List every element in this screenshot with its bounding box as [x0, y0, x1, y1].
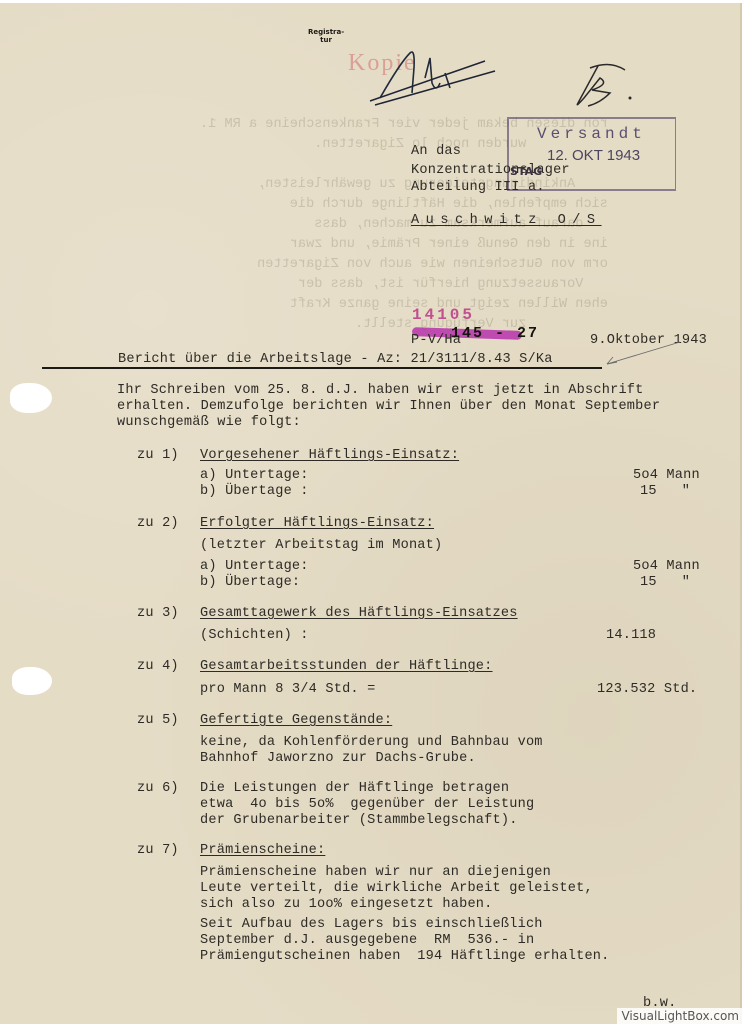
punch-hole	[10, 383, 52, 413]
section-7-body2-3: Prämiengutscheinen haben 194 Häftlinge e…	[200, 949, 610, 964]
section-6-body-2: etwa 4o bis 5o% gegenüber der Leistung	[200, 797, 534, 812]
section-3-row: (Schichten) :	[200, 628, 309, 643]
section-4-heading: Gesamtarbeitsstunden der Häftlinge:	[200, 659, 493, 674]
section-7-heading: Prämienscheine:	[200, 843, 325, 858]
pencil-arrow-icon	[605, 338, 685, 368]
crossed-signature-icon	[370, 43, 500, 113]
intro-line-3: wunschgemäß wie folgt:	[117, 415, 301, 430]
section-7-body-2: Leute verteilt, die wirkliche Arbeit gel…	[200, 881, 593, 896]
section-2-heading: Erfolgter Häftlings-Einsatz:	[200, 516, 434, 531]
section-6-label: zu 6)	[137, 781, 179, 796]
section-1-value-a: 5o4 Mann	[633, 468, 700, 483]
section-1-heading: Vorgesehener Häftlings-Einsatz:	[200, 448, 459, 463]
recipient-line-1: An das	[411, 144, 461, 159]
registratur-stamp: Registra- tur	[308, 28, 344, 44]
subject-rule	[42, 367, 602, 369]
intro-line-2: erhalten. Demzufolge berichten wir Ihnen…	[117, 399, 660, 414]
watermark: VisualLightBox.com	[617, 1008, 743, 1024]
section-5-label: zu 5)	[137, 713, 179, 728]
reference-number: 145 - 27	[451, 325, 539, 342]
stag-stamp: STAG	[510, 165, 542, 178]
initial-signature-icon	[570, 58, 640, 113]
section-2-value-b: 15 "	[640, 575, 690, 590]
section-2-row-a: a) Untertage:	[200, 559, 309, 574]
section-1-label: zu 1)	[137, 448, 179, 463]
recipient-city: Auschwitz O/S	[411, 213, 602, 228]
section-4-value: 123.532 Std.	[597, 682, 697, 697]
section-7-body-1: Prämienscheine haben wir nur an diejenig…	[200, 865, 551, 880]
section-5-body-2: Bahnhof Jaworzno zur Dachs-Grube.	[200, 751, 476, 766]
section-3-label: zu 3)	[137, 606, 179, 621]
section-7-label: zu 7)	[137, 843, 179, 858]
section-4-label: zu 4)	[137, 659, 179, 674]
section-7-body-3: sich also zu 1oo% eingesetzt haben.	[200, 897, 493, 912]
recipient-line-2: Konzentrationslager	[411, 163, 570, 178]
journal-number-stamp: 14105	[412, 306, 475, 324]
punch-hole	[12, 667, 52, 695]
subject-line: Bericht über die Arbeitslage - Az: 21/31…	[118, 352, 553, 367]
section-6-body-1: Die Leistungen der Häftlinge betragen	[200, 781, 509, 796]
recipient-line-3: Abteilung III a.	[411, 180, 545, 195]
section-5-body-1: keine, da Kohlenförderung und Bahnbau vo…	[200, 735, 543, 750]
intro-line-1: Ihr Schreiben vom 25. 8. d.J. haben wir …	[117, 383, 644, 398]
section-1-row-a: a) Untertage:	[200, 468, 309, 483]
section-2-value-a: 5o4 Mann	[633, 559, 700, 574]
section-2-row-b: b) Übertage:	[200, 575, 300, 590]
document-page: ron diesen bekam jeder vier Frankenschei…	[0, 3, 742, 1024]
section-1-value-b: 15 "	[640, 484, 690, 499]
section-2-subheading: (letzter Arbeitstag im Monat)	[200, 538, 442, 553]
section-7-body2-1: Seit Aufbau des Lagers bis einschließlic…	[200, 917, 543, 932]
section-3-heading: Gesamttagewerk des Häftlings-Einsatzes	[200, 606, 518, 621]
section-3-value: 14.118	[606, 628, 656, 643]
section-2-label: zu 2)	[137, 516, 179, 531]
section-6-body-3: der Grubenarbeiter (Stammbelegschaft).	[200, 813, 518, 828]
section-5-heading: Gefertigte Gegenstände:	[200, 713, 392, 728]
section-4-row: pro Mann 8 3/4 Std. =	[200, 682, 376, 697]
section-7-body2-2: September d.J. ausgegebene RM 536.- in	[200, 933, 534, 948]
section-1-row-b: b) Übertage :	[200, 484, 309, 499]
